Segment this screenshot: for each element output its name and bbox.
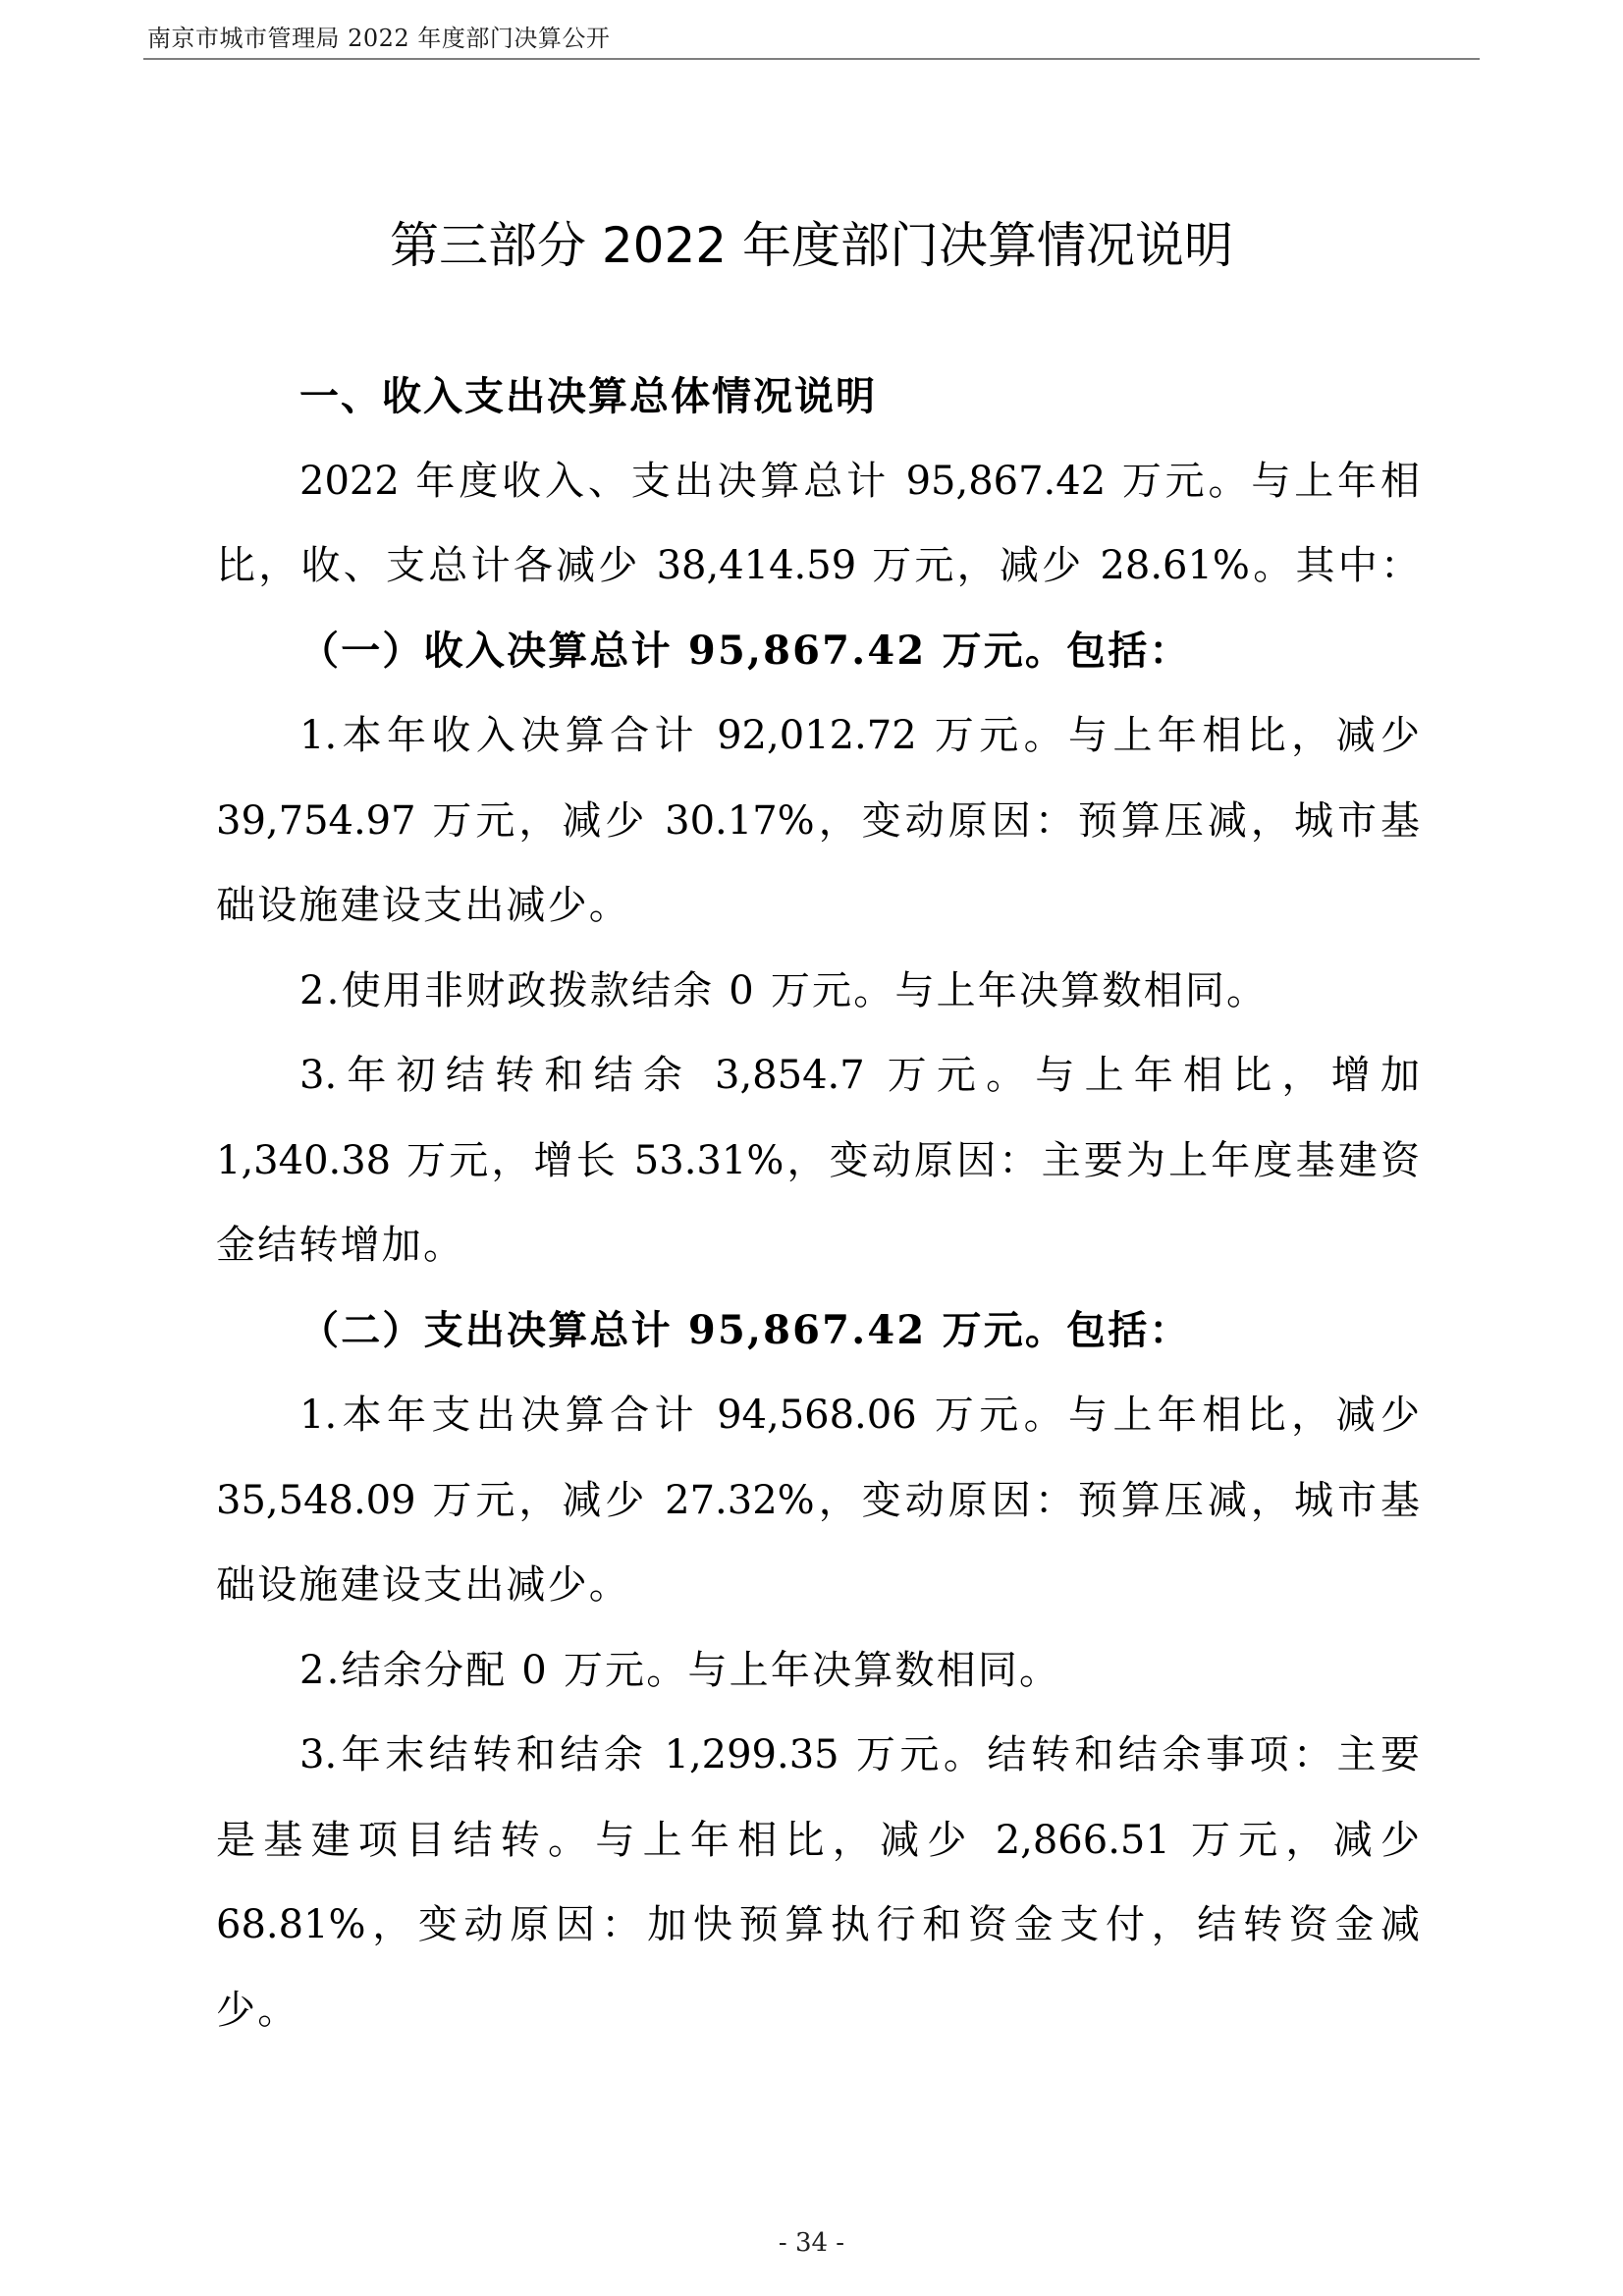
page-title: 第三部分 2022 年度部门决算情况说明	[0, 214, 1623, 277]
paragraph-line: 础设施建设支出减少。	[216, 1558, 1420, 1613]
paragraph-line: 1.本年收入决算合计 92,012.72 万元。与上年相比，减少	[299, 708, 1420, 763]
paragraph-line: 35,548.09 万元，减少 27.32%，变动原因：预算压减，城市基	[216, 1473, 1420, 1528]
paragraph-line: 1,340.38 万元，增长 53.31%，变动原因：主要为上年度基建资	[216, 1133, 1420, 1188]
page-number: - 34 -	[0, 2227, 1623, 2259]
paragraph-line: 1.本年支出决算合计 94,568.06 万元。与上年相比，减少	[299, 1388, 1420, 1443]
paragraph-line: 39,754.97 万元，减少 30.17%，变动原因：预算压减，城市基	[216, 793, 1420, 848]
paragraph-line: 础设施建设支出减少。	[216, 878, 1420, 933]
section-heading: 一、收入支出决算总体情况说明	[299, 369, 1420, 424]
paragraph-line: 2.使用非财政拨款结余 0 万元。与上年决算数相同。	[299, 963, 1420, 1018]
paragraph-line: 是基建项目结转。与上年相比，减少 2,866.51 万元，减少	[216, 1813, 1420, 1868]
paragraph-line: 68.81%，变动原因：加快预算执行和资金支付，结转资金减	[216, 1897, 1420, 1952]
paragraph-line: 2.结余分配 0 万元。与上年决算数相同。	[299, 1643, 1420, 1698]
sub-heading-expenditure: （二）支出决算总计 95,867.42 万元。包括：	[299, 1303, 1420, 1358]
header-rule	[143, 58, 1480, 60]
paragraph-line: 比，收、支总计各减少 38,414.59 万元，减少 28.61%。其中：	[216, 538, 1420, 593]
paragraph-line: 3.年初结转和结余 3,854.7 万元。与上年相比，增加	[299, 1048, 1420, 1103]
paragraph-line: 2022 年度收入、支出决算总计 95,867.42 万元。与上年相	[299, 454, 1420, 509]
running-header: 南京市城市管理局 2022 年度部门决算公开	[147, 22, 610, 55]
paragraph-line: 少。	[216, 1983, 1420, 2038]
paragraph-line: 3.年末结转和结余 1,299.35 万元。结转和结余事项：主要	[299, 1727, 1420, 1782]
sub-heading-income: （一）收入决算总计 95,867.42 万元。包括：	[299, 624, 1420, 679]
paragraph-line: 金结转增加。	[216, 1218, 1420, 1273]
